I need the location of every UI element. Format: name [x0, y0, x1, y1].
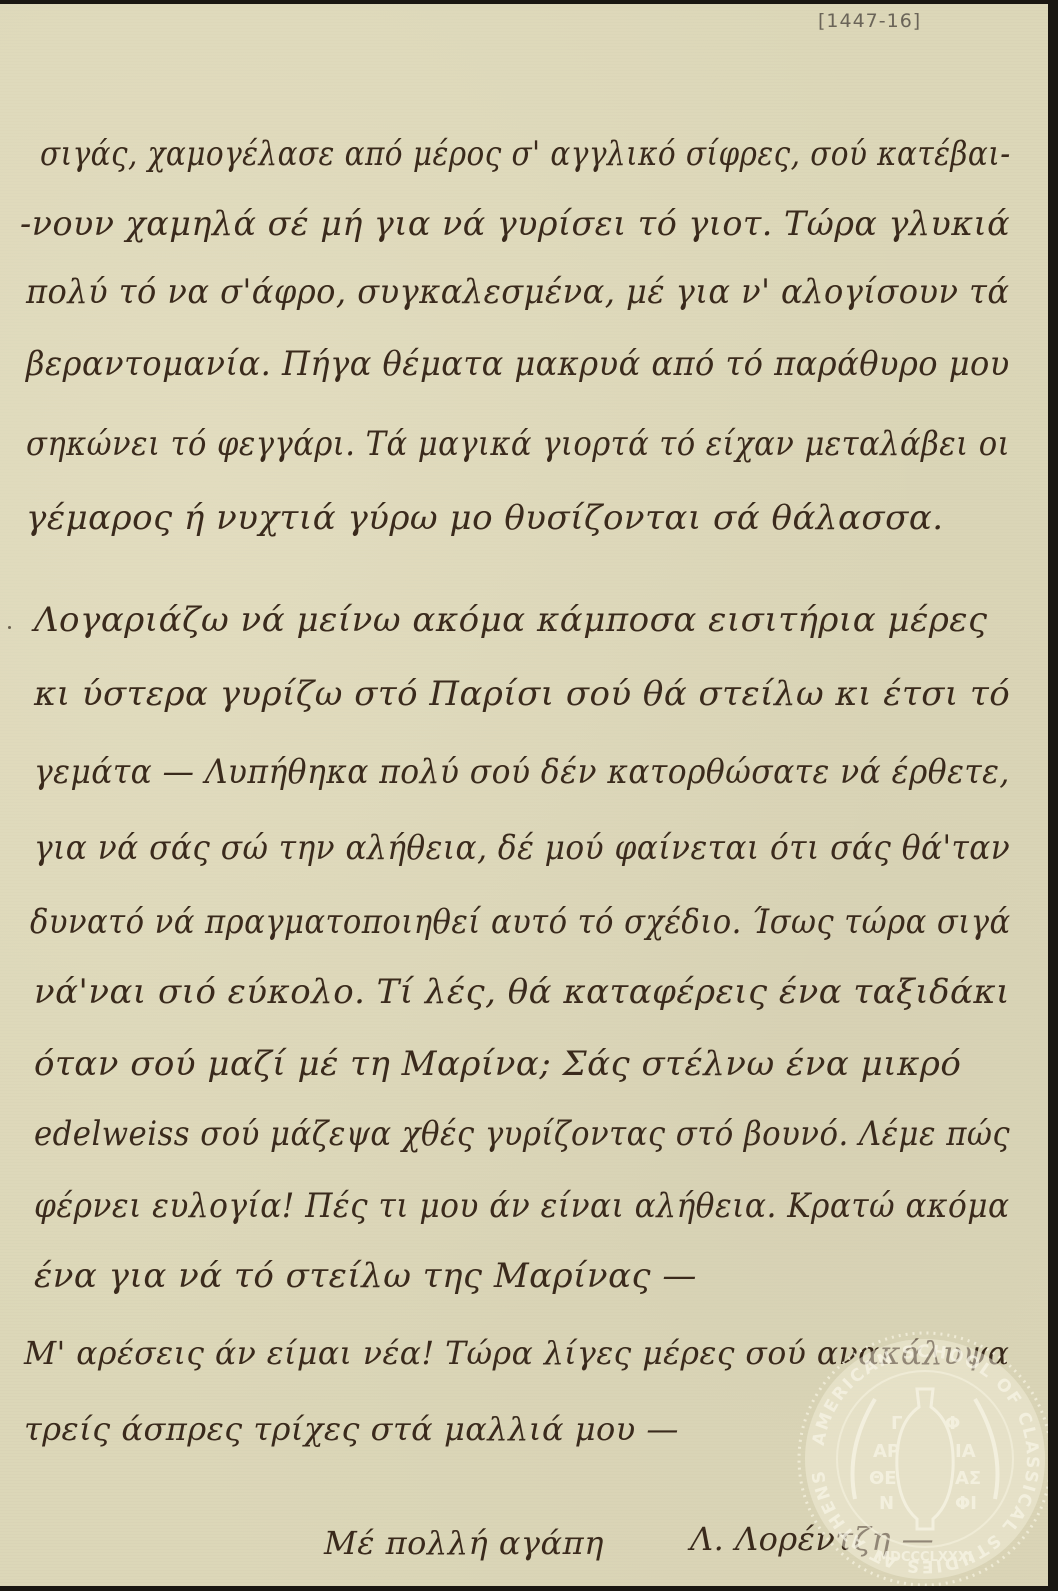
handwritten-line: κι ύστερα γυρίζω στό Παρίσι σού θά στείλ…	[34, 674, 1010, 714]
svg-text:ΙΑ: ΙΑ	[955, 1441, 976, 1462]
handwritten-line: για νά σάς σώ την αλήθεια, δέ μού φαίνετ…	[34, 828, 1010, 868]
svg-text:Γ: Γ	[891, 1413, 902, 1434]
margin-mark	[8, 626, 11, 629]
svg-text:ΘΕ: ΘΕ	[869, 1468, 897, 1489]
handwritten-line: σιγάς, χαμογέλασε από μέρος σ' αγγλικό σ…	[40, 134, 1011, 174]
svg-text:ΑΡ: ΑΡ	[873, 1441, 900, 1462]
handwritten-line: γεμάτα — Λυπήθηκα πολύ σού δέν κατορθώσα…	[34, 752, 1010, 792]
handwritten-line: Μέ πολλή αγάπη	[324, 1524, 604, 1562]
svg-text:Φ: Φ	[945, 1413, 960, 1434]
archive-reference: [1447-16]	[818, 10, 921, 32]
seal-year: MDCCCLXXXI	[877, 1550, 973, 1565]
seal-icon: AMERICAN SCHOOL OF CLASSICAL STUDIES AT …	[795, 1329, 1048, 1586]
handwritten-line: Λογαριάζω νά μείνω ακόμα κάμποσα εισιτήρ…	[34, 600, 988, 640]
handwritten-line: νά'ναι σιό εύκολο. Τί λές, θά καταφέρεις…	[34, 972, 1010, 1012]
handwritten-line: -νουν χαμηλά σέ μή για νά γυρίσει τό γιο…	[20, 204, 1010, 244]
handwritten-line: όταν σού μαζί μέ τη Μαρίνα; Σάς στέλνω έ…	[34, 1044, 961, 1084]
svg-text:ΦΙ: ΦΙ	[955, 1493, 977, 1514]
handwritten-line: edelweiss σού μάζεψα χθές γυρίζοντας στό…	[34, 1114, 1010, 1154]
handwritten-line: σηκώνει τό φεγγάρι. Τά μαγικά γιορτά τό …	[26, 424, 1010, 464]
handwritten-line: ένα για νά τό στείλω της Μαρίνας —	[34, 1256, 697, 1296]
handwritten-line: βεραντομανία. Πήγα θέματα μακρυά από τό …	[26, 344, 1010, 384]
handwritten-line: φέρνει ευλογία! Πές τι μου άν είναι αλήθ…	[34, 1186, 1010, 1226]
handwritten-line: πολύ τό να σ'άφρο, συγκαλεσμένα, μέ για …	[26, 272, 1009, 312]
handwritten-line: δυνατό νά πραγματοποιηθεί αυτό τό σχέδιο…	[30, 902, 1011, 942]
handwritten-line: γέμαρος ή νυχτιά γύρω μο θυσίζονται σά θ…	[26, 498, 944, 538]
svg-text:Ν: Ν	[879, 1493, 894, 1514]
institution-seal: AMERICAN SCHOOL OF CLASSICAL STUDIES AT …	[795, 1329, 1048, 1586]
letter-page: [1447-16] σιγάς, χαμογέλασε από μέρος σ'…	[0, 4, 1048, 1586]
svg-text:ΑΣ: ΑΣ	[955, 1468, 981, 1489]
handwritten-line: τρείς άσπρες τρίχες στά μαλλιά μου —	[24, 1410, 679, 1448]
